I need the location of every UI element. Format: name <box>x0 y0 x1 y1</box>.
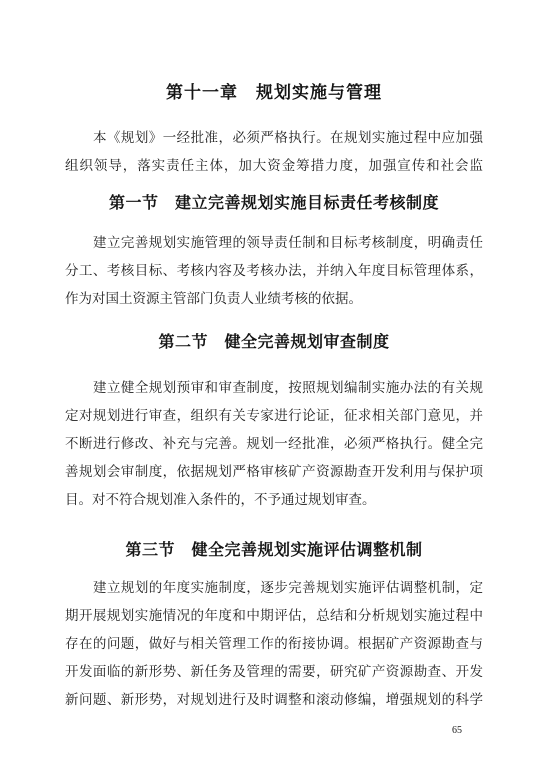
paragraph-line: 存在的问题，做好与相关管理工作的衔接协调。根据矿产资源勘查与 <box>65 630 483 658</box>
paragraph-line: 建立健全规划预审和审查制度，按照规划编制实施办法的有关规 <box>65 374 483 402</box>
chapter-title: 第十一章 规划实施与管理 <box>65 81 483 105</box>
paragraph-line: 建立规划的年度实施制度，逐步完善规划实施评估调整机制，定 <box>65 574 483 602</box>
section-1-title: 第一节 建立完善规划实施目标责任考核制度 <box>65 192 483 216</box>
section-1-paragraph: 建立完善规划实施管理的领导责任制和目标考核制度，明确责任 分工、考核目标、考核内… <box>65 229 483 313</box>
section-2-title: 第二节 健全完善规划审查制度 <box>65 331 483 355</box>
paragraph-line: 目。对不符合规划准入条件的，不予通过规划审查。 <box>65 486 483 514</box>
paragraph-line: 不断进行修改、补充与完善。规划一经批准，必须严格执行。健全完 <box>65 430 483 458</box>
paragraph-line: 建立完善规划实施管理的领导责任制和目标考核制度，明确责任 <box>65 229 483 257</box>
page-number: 65 <box>452 725 462 736</box>
paragraph-line: 定对规划进行审查，组织有关专家进行论证，征求相关部门意见，并 <box>65 402 483 430</box>
paragraph-line: 期开展规划实施情况的年度和中期评估，总结和分析规划实施过程中 <box>65 602 483 630</box>
paragraph-line: 组织领导，落实责任主体，加大资金筹措力度，加强宣传和社会监督。 <box>65 152 483 180</box>
page-content: 第十一章 规划实施与管理 本《规划》一经批准，必须严格执行。在规划实施过程中应加… <box>65 0 483 714</box>
document-page: 第十一章 规划实施与管理 本《规划》一经批准，必须严格执行。在规划实施过程中应加… <box>0 0 546 779</box>
paragraph-line: 作为对国土资源主管部门负责人业绩考核的依据。 <box>65 285 483 313</box>
section-3-title: 第三节 健全完善规划实施评估调整机制 <box>65 539 483 563</box>
paragraph-line: 本《规划》一经批准，必须严格执行。在规划实施过程中应加强 <box>65 124 483 152</box>
paragraph-line: 开发面临的新形势、新任务及管理的需要，研究矿产资源勘查、开发 <box>65 658 483 686</box>
section-2-paragraph: 建立健全规划预审和审查制度，按照规划编制实施办法的有关规 定对规划进行审查，组织… <box>65 374 483 514</box>
section-3-paragraph: 建立规划的年度实施制度，逐步完善规划实施评估调整机制，定 期开展规划实施情况的年… <box>65 574 483 714</box>
intro-paragraph: 本《规划》一经批准，必须严格执行。在规划实施过程中应加强 组织领导，落实责任主体… <box>65 124 483 180</box>
paragraph-line: 新问题、新形势，对规划进行及时调整和滚动修编，增强规划的科学 <box>65 686 483 714</box>
paragraph-line: 分工、考核目标、考核内容及考核办法，并纳入年度目标管理体系， <box>65 257 483 285</box>
paragraph-line: 善规划会审制度，依据规划严格审核矿产资源勘查开发利用与保护项 <box>65 458 483 486</box>
